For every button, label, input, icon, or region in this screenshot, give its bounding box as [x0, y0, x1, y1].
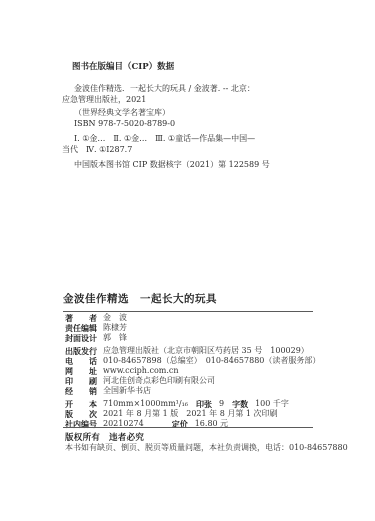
- row-label: 网 址: [65, 366, 103, 376]
- colophon: 著 者 金 波 责任编辑 陈棣芳 封面设计 郭 锋 出版发行 应急管理出版社（北…: [65, 313, 333, 429]
- row-value: 金 波: [103, 313, 127, 323]
- book-title: 金波佳作精选 一起长大的玩具: [63, 291, 313, 306]
- cip-line: 当代 Ⅳ. ①I287.7: [62, 144, 318, 155]
- colophon-row-cover-design: 封面设计 郭 锋: [65, 333, 333, 343]
- row-value: www.cciph.com.cn: [103, 366, 179, 376]
- cip-line: （世界经典文学名著宝库）: [62, 107, 318, 118]
- row-label: 经 销: [65, 386, 103, 396]
- colophon-row-printer: 印 刷 河北佳创奇点彩色印刷有限公司: [65, 376, 333, 386]
- row-value: 2021 年 8 月第 1 版 2021 年 8 月第 1 次印刷: [103, 409, 278, 419]
- row-value: 河北佳创奇点彩色印刷有限公司: [103, 376, 215, 386]
- cip-block: 图书在版编目（CIP）数据 金波佳作精选．一起长大的玩具 / 金波著. -- 北…: [62, 62, 318, 170]
- row-value-sheets: 9: [219, 399, 224, 409]
- colophon-row-publisher: 出版发行 应急管理出版社（北京市朝阳区芍药居 35 号 100029）: [65, 346, 333, 356]
- row-value: 全国新华书店: [103, 386, 151, 396]
- title-block: 金波佳作精选 一起长大的玩具: [63, 291, 313, 312]
- cip-heading: 图书在版编目（CIP）数据: [62, 62, 318, 73]
- row-value: 陈棣芳: [103, 323, 127, 333]
- colophon-row-website: 网 址 www.cciph.com.cn: [65, 366, 333, 376]
- title-rule: [63, 311, 313, 312]
- row-label-sheets: 印张: [196, 399, 212, 409]
- colophon-row-editor: 责任编辑 陈棣芳: [65, 323, 333, 333]
- cip-line: 应急管理出版社，2021: [62, 94, 318, 105]
- colophon-row-format: 开 本 710mm×1000mm¹/₁₆ 印张 9 字数 100 千字: [65, 399, 333, 409]
- row-label: 开 本: [65, 399, 103, 409]
- row-label: 著 者: [65, 313, 103, 323]
- colophon-row-phone: 电 话 010-84657898（总编室） 010-84657880（读者服务部…: [65, 356, 333, 366]
- row-value: 应急管理出版社（北京市朝阳区芍药居 35 号 100029）: [103, 346, 309, 356]
- row-label: 出版发行: [65, 346, 103, 356]
- row-label: 责任编辑: [65, 323, 103, 333]
- cip-line: 中国版本图书馆 CIP 数据核字（2021）第 122589 号: [62, 159, 318, 170]
- copyright-notice: 版权所有 违者必究: [65, 431, 144, 443]
- row-label: 版 次: [65, 409, 103, 419]
- copyright-page: 图书在版编目（CIP）数据 金波佳作精选．一起长大的玩具 / 金波著. -- 北…: [0, 0, 375, 521]
- row-value: 710mm×1000mm¹/₁₆: [103, 399, 188, 409]
- row-label-wordcount: 字数: [232, 399, 248, 409]
- colophon-row-author: 著 者 金 波: [65, 313, 333, 323]
- cip-line: 金波佳作精选．一起长大的玩具 / 金波著. -- 北京：: [62, 83, 318, 94]
- row-label: 电 话: [65, 356, 103, 366]
- row-value: 郭 锋: [103, 333, 127, 343]
- row-label: 印 刷: [65, 376, 103, 386]
- quality-replacement-notice: 本书如有缺页、倒页、脱页等质量问题，本社负责调换，电话：010-84657880: [65, 443, 325, 453]
- cip-line: ISBN 978-7-5020-8789-0: [62, 118, 318, 129]
- row-label: 封面设计: [65, 333, 103, 343]
- footer-divider-rule: [63, 427, 313, 428]
- row-value: 010-84657898（总编室） 010-84657880（读者服务部）: [103, 356, 320, 366]
- colophon-row-edition: 版 次 2021 年 8 月第 1 版 2021 年 8 月第 1 次印刷: [65, 409, 333, 419]
- row-value-wordcount: 100 千字: [255, 399, 289, 409]
- cip-line: Ⅰ. ①金… Ⅱ. ①金… Ⅲ. ①童话—作品集—中国—: [62, 133, 318, 144]
- colophon-row-distributor: 经 销 全国新华书店: [65, 386, 333, 396]
